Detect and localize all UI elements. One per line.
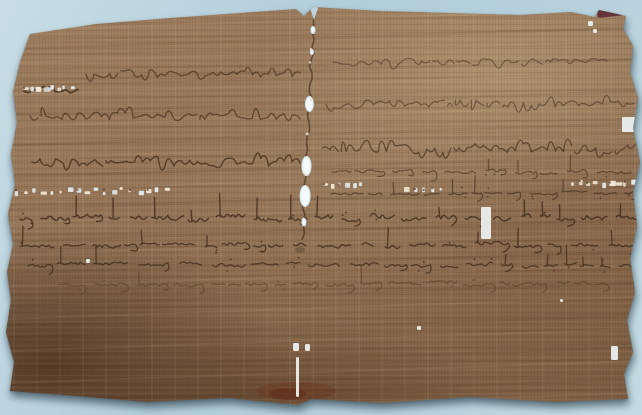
tear-fleck [309, 61, 311, 63]
abrasion-patch [440, 188, 442, 191]
abrasion-speck [23, 87, 25, 89]
abrasion-speck [147, 189, 149, 191]
damage-hole [86, 259, 90, 263]
tear-top-notch [309, 5, 319, 20]
abrasion-patch [359, 182, 362, 186]
damage-hole [622, 117, 638, 132]
abrasion-patch [165, 188, 170, 191]
abrasion-patch [631, 180, 637, 185]
vertical-tear [300, 5, 319, 240]
abrasion-speck [423, 189, 425, 191]
tear-gap-core [303, 219, 306, 225]
abrasion-patch [36, 87, 42, 92]
papyrus-wrap [0, 0, 642, 415]
abrasion-speck [338, 184, 340, 186]
damage-hole [481, 207, 491, 239]
abrasion-patch [404, 187, 410, 192]
tear-fleck [311, 50, 313, 52]
papyrus-sheet [0, 0, 642, 415]
abrasion-patch [15, 191, 18, 196]
abrasion-patch [44, 87, 51, 92]
abrasion-patch [155, 187, 159, 192]
abrasion-speck [129, 189, 131, 191]
abrasion-patch [602, 183, 606, 188]
abrasion-patch [57, 88, 61, 92]
abrasion-patch [616, 182, 623, 185]
abrasion-speck [431, 187, 433, 189]
damage-hole [305, 344, 310, 351]
tear-fleck [305, 173, 307, 175]
abrasion-patch [139, 191, 144, 196]
abrasion-patch [71, 86, 75, 89]
abrasion-patch [60, 191, 62, 194]
abrasion-patch [103, 192, 106, 195]
abrasion-speck [586, 182, 588, 184]
damage-hole [588, 21, 593, 26]
tear-gap-core [312, 28, 315, 33]
abrasion-patch [68, 187, 74, 192]
abrasion-patch [63, 86, 65, 90]
abrasion-patch [94, 188, 99, 191]
damage-hole [417, 326, 421, 330]
abrasion-patch [331, 184, 335, 189]
abrasion-patch [593, 181, 598, 184]
abrasion-speck [609, 181, 611, 183]
abrasion-patch [50, 85, 53, 90]
tear-gap-core [301, 187, 310, 206]
tear-gap-core [303, 158, 311, 175]
abrasion-speck [43, 85, 45, 87]
abrasion-patch [24, 191, 27, 194]
abrasion-patch [112, 190, 117, 194]
stain-mark [597, 7, 627, 18]
abrasion-patch [571, 182, 574, 186]
photo-background [0, 0, 642, 415]
abrasion-speck [15, 189, 17, 191]
abrasion-speck [76, 189, 78, 191]
abrasion-patch [32, 188, 35, 193]
abrasion-speck [103, 188, 105, 190]
stain-mark [295, 247, 305, 253]
damage-hole [293, 343, 299, 351]
damage-layer [0, 0, 642, 415]
abrasion-patch [85, 191, 91, 194]
tear-fleck [306, 132, 309, 135]
damage-hole [296, 357, 299, 397]
stain-mark [270, 388, 306, 400]
damage-hole [611, 346, 618, 360]
tear-fleck [310, 98, 312, 100]
abrasion-speck [579, 180, 581, 182]
abrasion-speck [323, 183, 325, 185]
abrasion-patch [30, 87, 34, 92]
abrasion-speck [414, 188, 416, 190]
abrasion-patch [353, 183, 357, 188]
damage-hole [560, 299, 563, 302]
damage-hole [593, 29, 597, 33]
abrasion-patch [345, 183, 350, 188]
abrasion-patch [120, 187, 123, 190]
abrasion-speck [624, 181, 626, 183]
abrasion-patch [51, 191, 54, 195]
abrasion-patch [41, 192, 47, 195]
